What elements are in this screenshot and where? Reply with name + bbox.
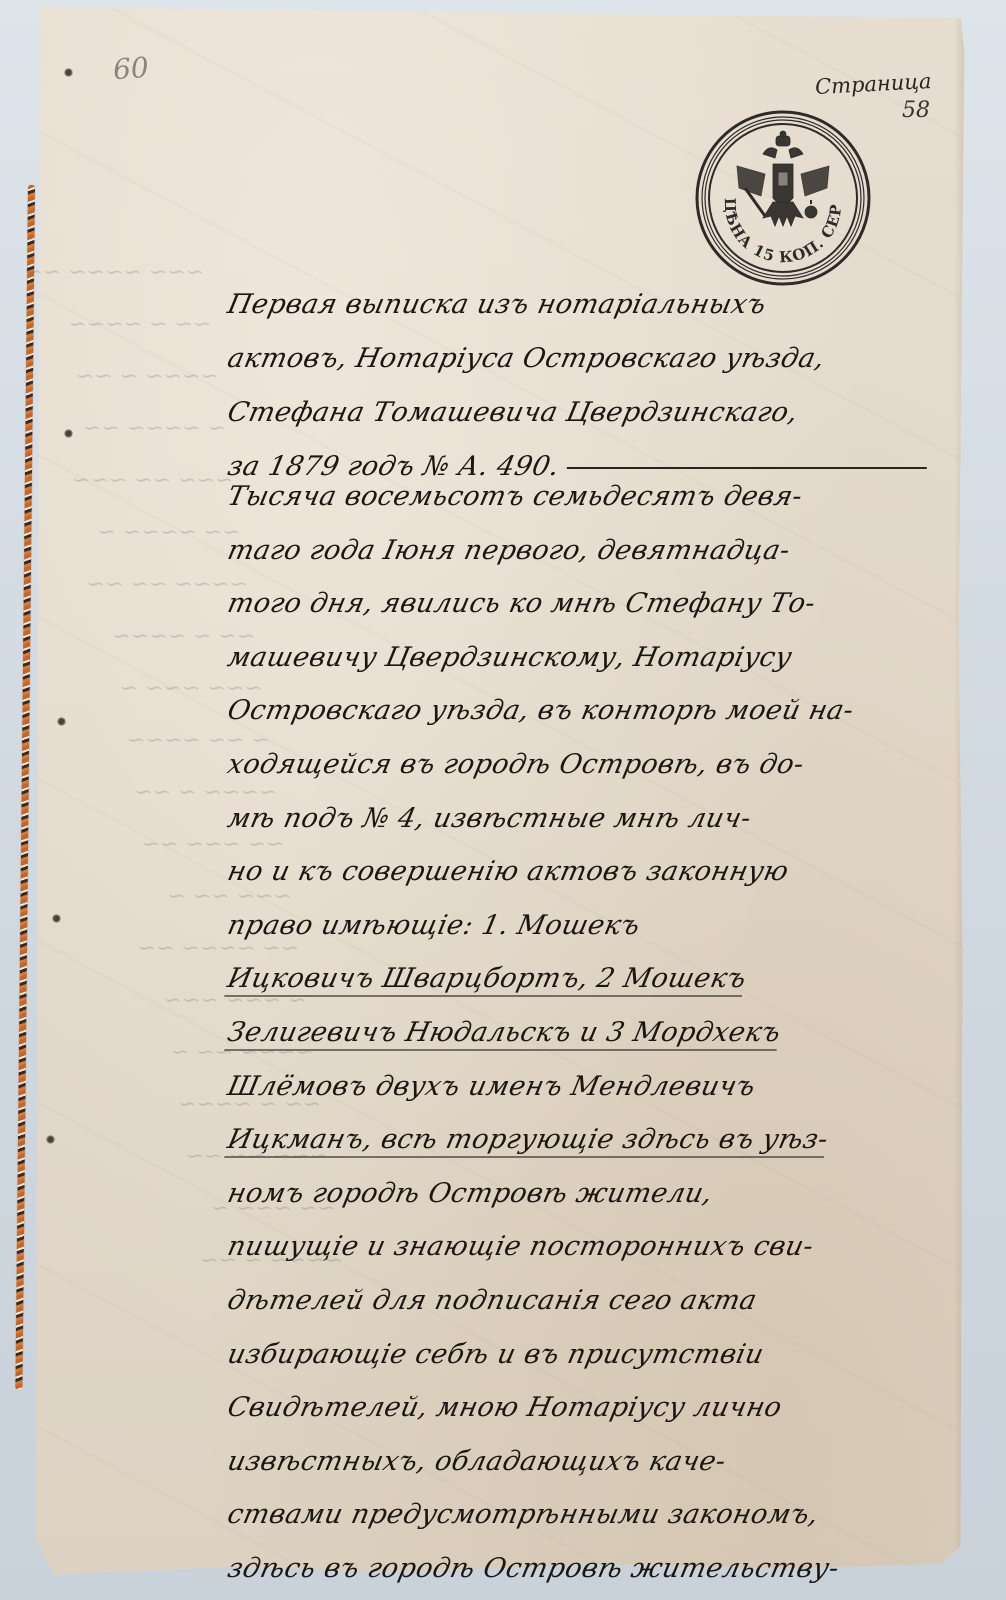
heading-rule — [567, 467, 927, 469]
body-line: таго года Іюня первого, девятнадца- — [222, 524, 971, 578]
body-line: извѣстныхъ, обладающихъ каче- — [222, 1435, 971, 1489]
heading-line: Стефана Томашевича Цвердзинскаго, — [222, 386, 963, 440]
heading-line: актовъ, Нотаріуса Островскаго уѣзда, — [222, 332, 963, 386]
page-number: 58 — [902, 98, 930, 123]
punch-hole — [52, 914, 61, 923]
punch-hole — [46, 1135, 55, 1144]
body-line: мѣ подъ № 4, извѣстные мнѣ лич- — [222, 792, 971, 846]
body-line: дѣтелей для подписанія сего акта — [222, 1274, 971, 1328]
document-heading: Первая выписка изъ нотаріальныхъ актовъ,… — [228, 278, 958, 494]
punch-hole — [57, 717, 66, 726]
body-line: ходящейся въ городѣ Островѣ, въ до- — [222, 738, 971, 792]
body-line: Тысяча восемьсотъ семьдесятъ девя- — [222, 470, 971, 524]
body-line: того дня, явились ко мнѣ Стефану То- — [222, 577, 971, 631]
body-line-underlined: Ицкманъ, всѣ торгующіе здѣсь въ уѣз- — [222, 1113, 971, 1167]
double-headed-eagle-icon — [737, 131, 829, 226]
body-line: избирающіе себѣ и въ присутствіи — [222, 1328, 971, 1382]
body-line: Шлёмовъ двухъ именъ Мендлевичъ — [222, 1060, 971, 1114]
revenue-stamp: ЦѢНА 15 КОП. СЕР. — [693, 108, 873, 288]
body-line: машевичу Цвердзинскому, Нотаріусу — [222, 631, 971, 685]
body-line: ствами предусмотрѣнными закономъ, — [222, 1488, 971, 1542]
punch-hole — [64, 68, 73, 77]
document-body: Тысяча восемьсотъ семьдесятъ девя- таго … — [228, 470, 966, 1595]
punch-hole — [64, 429, 73, 438]
heading-line: Первая выписка изъ нотаріальныхъ — [222, 278, 963, 332]
body-line: Свидѣтелей, мною Нотаріусу лично — [222, 1381, 971, 1435]
body-line: номъ городѣ Островѣ жители, — [222, 1167, 971, 1221]
body-line: здѣсь въ городѣ Островѣ жительству- — [222, 1542, 971, 1596]
pencil-archive-note: 60 — [112, 51, 150, 86]
body-line-underlined: Ицковичъ Шварцбортъ, 2 Мошекъ — [222, 952, 971, 1006]
body-line: Островскаго уѣзда, въ конторѣ моей на- — [222, 684, 971, 738]
body-line-underlined: Зелигевичъ Нюдальскъ и 3 Мордхекъ — [222, 1006, 971, 1060]
body-line: но и къ совершенію актовъ законную — [222, 845, 971, 899]
body-line: право имѣющіе: 1. Мошекъ — [222, 899, 971, 953]
body-line: пишущіе и знающіе постороннихъ сви- — [222, 1220, 971, 1274]
